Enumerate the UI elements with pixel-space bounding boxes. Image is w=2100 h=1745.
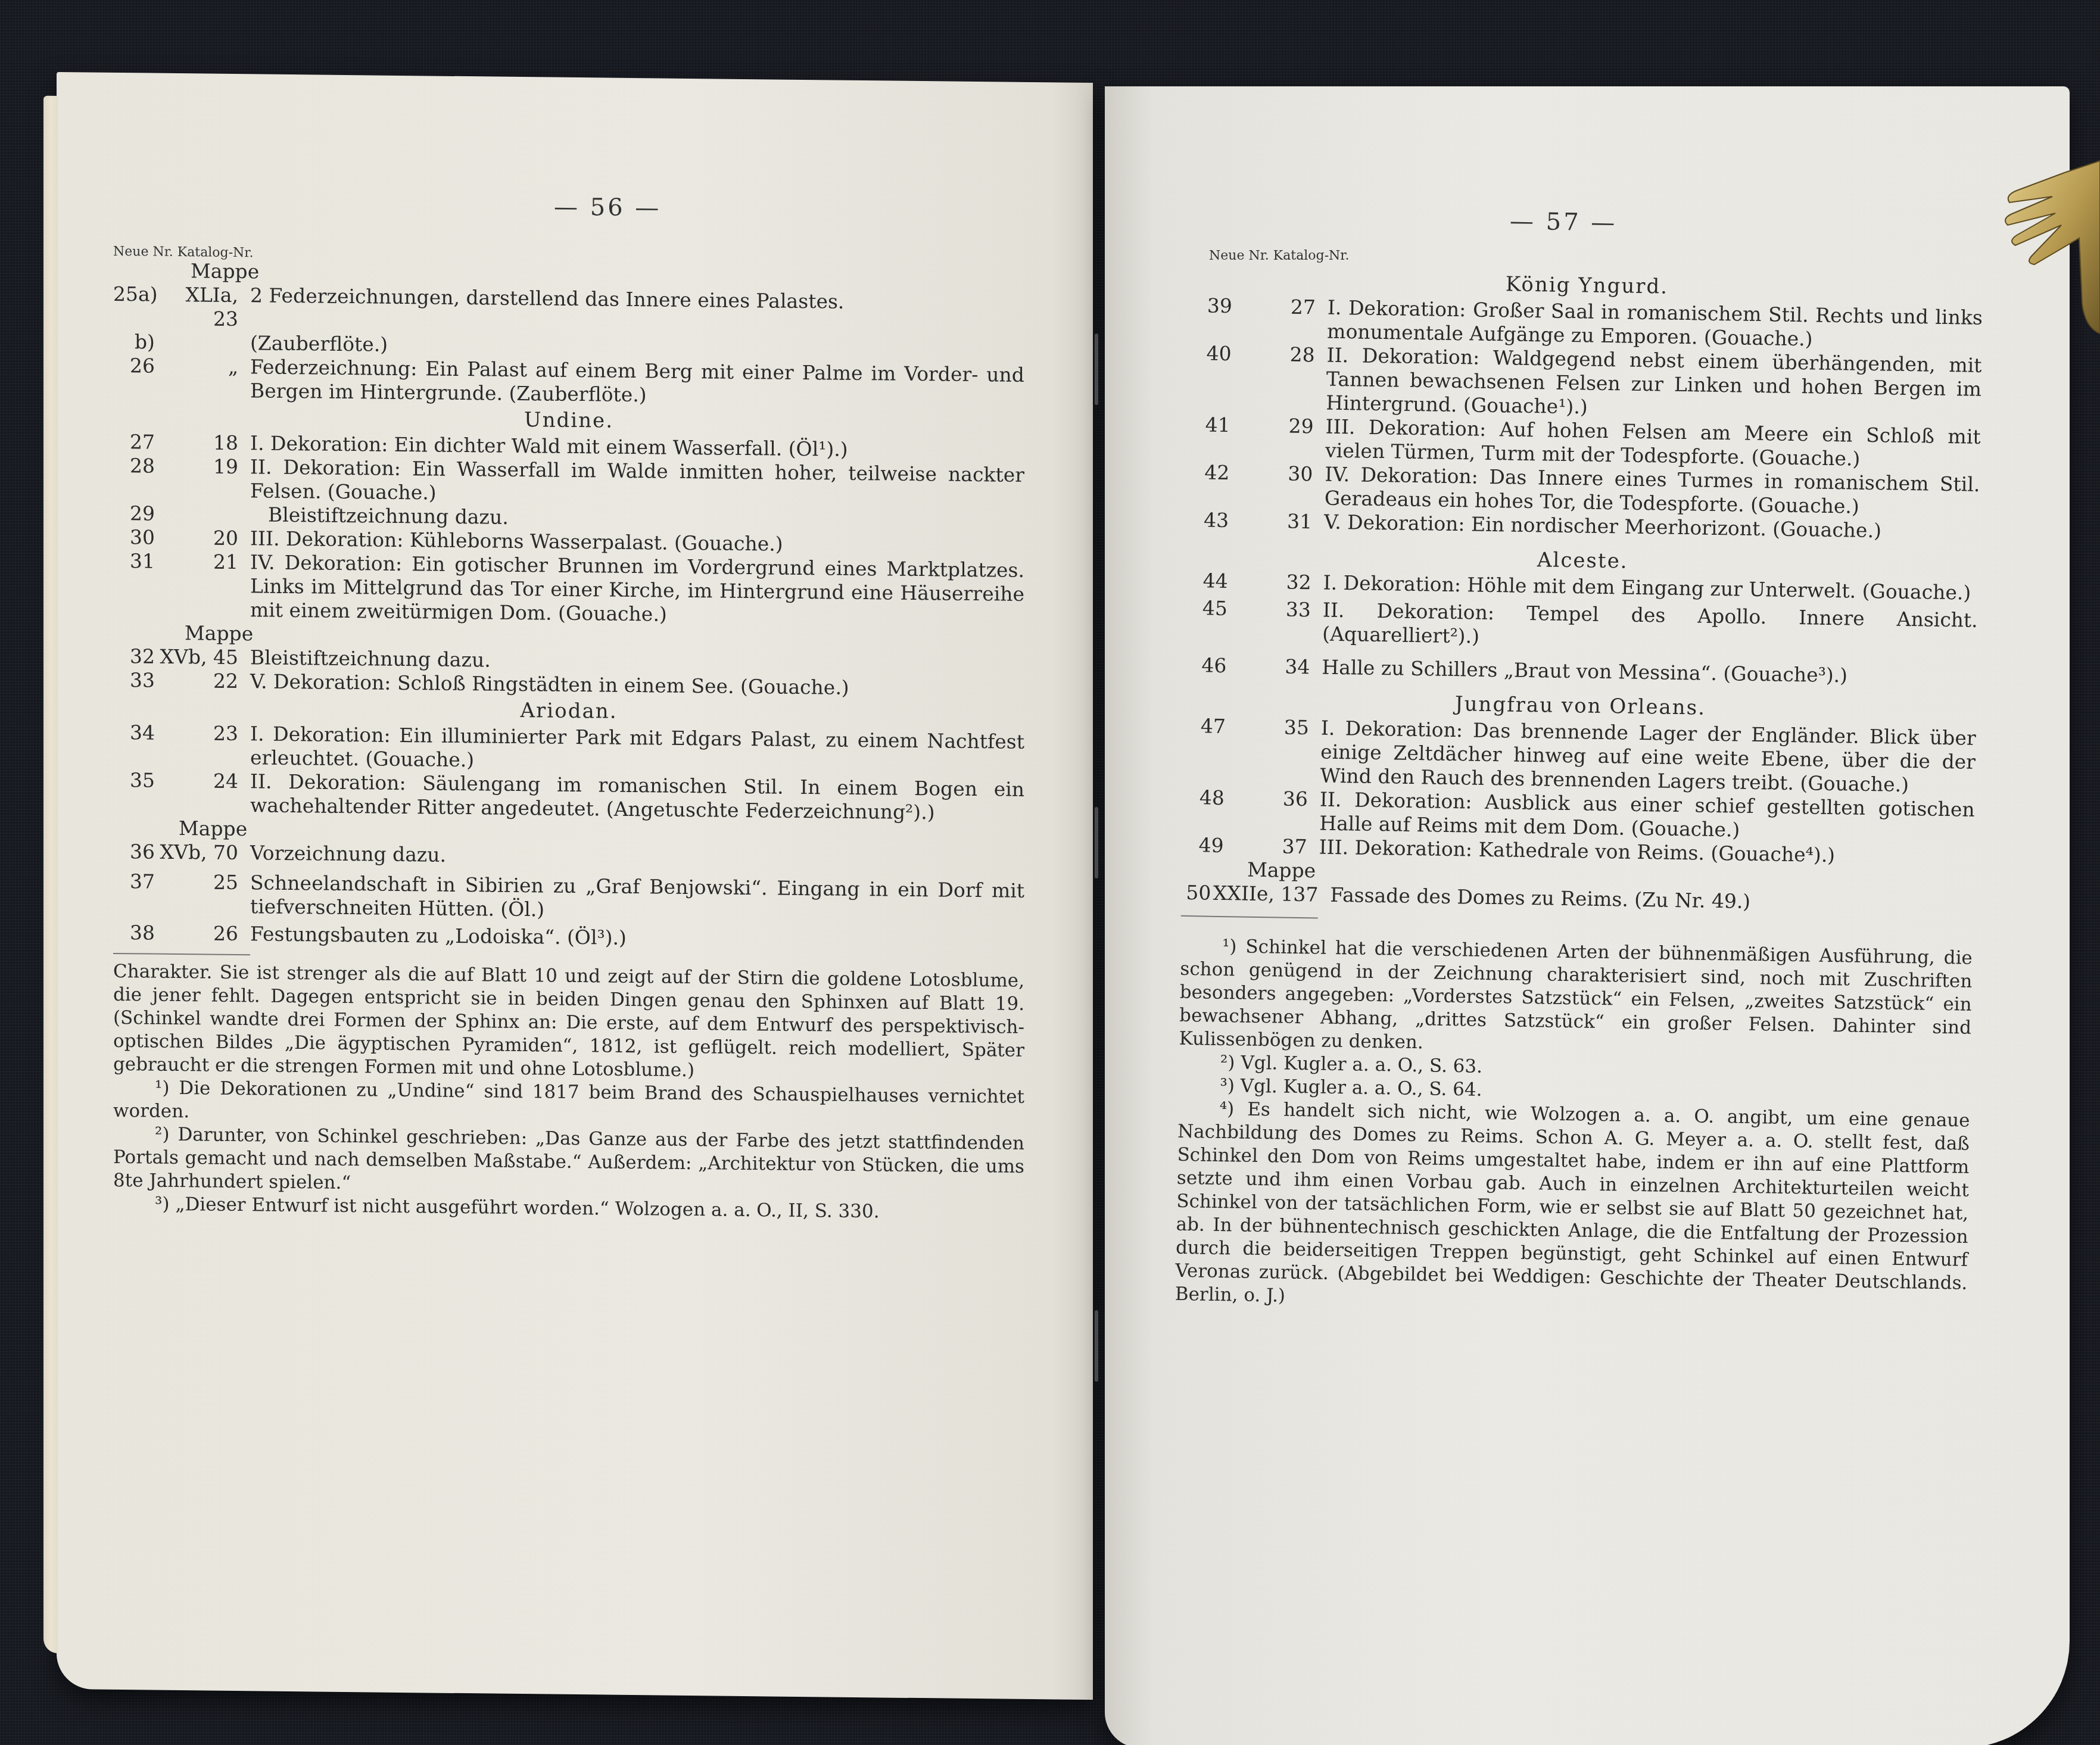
catalog-entry: 47 35 I. Dekoration: Das brennende Lager… xyxy=(1183,714,1976,798)
page-number-57: — 57 — xyxy=(1510,207,1618,236)
right-page: — 57 — Neue Nr. Katalog-Nr. König Yngurd… xyxy=(1105,86,2070,1745)
catalog-entry: 31 21 IV. Dekoration: Ein gotischer Brun… xyxy=(113,549,1024,630)
right-entries: König Yngurd. 39 27 I. Dekoration: Große… xyxy=(1175,265,1983,1319)
catalog-entry: 38 26 Festungsbauten zu „Lodoiska“. (Öl³… xyxy=(113,921,1024,954)
footnote-divider xyxy=(113,953,250,955)
catalog-entry: 35 24 II. Dekoration: Säulengang im roma… xyxy=(113,768,1024,825)
footnote-2: ²) Darunter, von Schinkel geschrieben: „… xyxy=(113,1123,1024,1202)
binding-staple xyxy=(1095,807,1098,878)
catalog-entry: 45 33 II. Dekoration: Tempel des Apollo.… xyxy=(1185,596,1978,656)
binding-staple xyxy=(1095,1310,1098,1382)
footnote-continuation: Charakter. Sie ist strenger als die auf … xyxy=(113,960,1024,1086)
column-header: Neue Nr. Katalog-Nr. xyxy=(113,244,253,260)
catalog-entry: 37 25 Schneelandschaft in Sibirien zu „G… xyxy=(113,870,1024,927)
left-page: — 56 — Neue Nr. Katalog-Nr. Mappe 25a) X… xyxy=(57,72,1093,1700)
binding-staple xyxy=(1095,334,1098,405)
catalog-entry: 26 „ Federzeichnung: Ein Palast auf eine… xyxy=(113,354,1024,411)
catalog-entry: 46 34 Halle zu Schillers „Braut von Mess… xyxy=(1185,653,1977,690)
footnotes-left: Charakter. Sie ist strenger als die auf … xyxy=(113,960,1024,1225)
catalog-entry: 40 28 II. Dekoration: Waldgegend nebst e… xyxy=(1189,341,1982,425)
footnote-divider xyxy=(1181,915,1318,919)
page-number-56: — 56 — xyxy=(554,194,661,222)
footnote-4: ⁴) Es handelt sich nicht, wie Wolzogen a… xyxy=(1175,1097,1970,1319)
page-stack-edge xyxy=(43,96,58,1653)
footnotes-right: ¹) Schinkel hat die verschiedenen Arten … xyxy=(1175,934,1973,1319)
brass-hand-page-holder-icon xyxy=(1981,149,2100,363)
left-entries: Mappe 25a) XLIa, 23 2 Federzeichnungen, … xyxy=(113,258,1024,1225)
footnote-1: ¹) Schinkel hat die verschiedenen Arten … xyxy=(1179,934,1973,1063)
column-header: Neue Nr. Katalog-Nr. xyxy=(1209,248,1349,263)
